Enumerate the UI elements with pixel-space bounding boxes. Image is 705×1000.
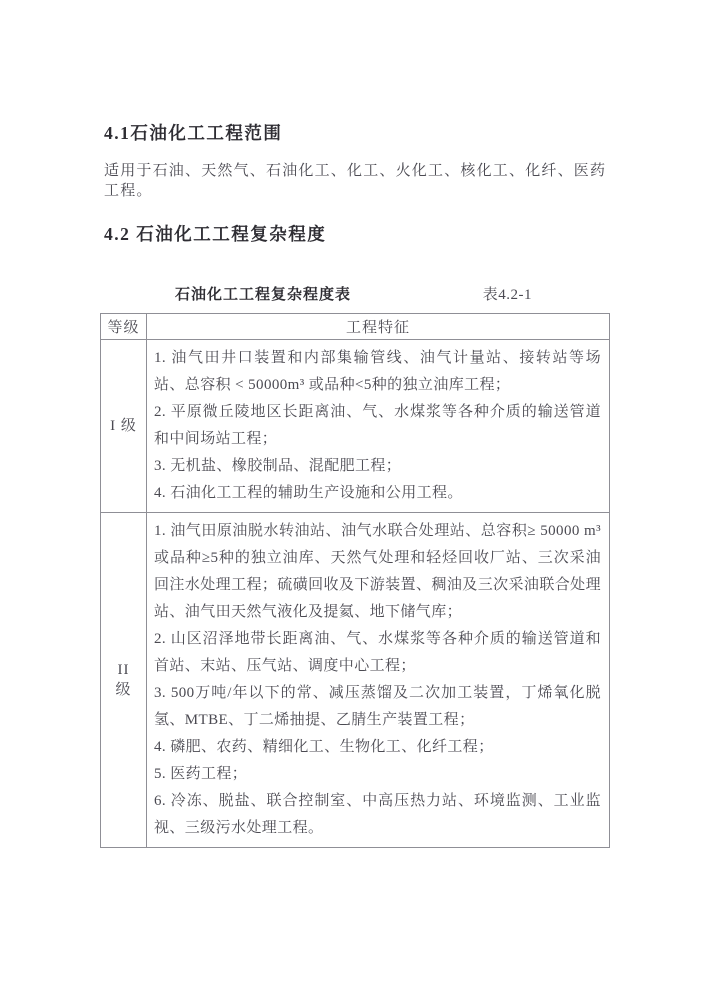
complexity-table: 等级 工程特征 I 级 1. 油气田井口装置和内部集输管线、油气计量站、接转站等…	[100, 313, 610, 848]
grade-label: II	[101, 660, 146, 680]
feature-cell-level-2: 1. 油气田原油脱水转油站、油气水联合处理站、总容积≥ 50000 m³ 或品种…	[147, 513, 610, 848]
feature-item: 4. 磷肥、农药、精细化工、生物化工、化纤工程；	[154, 734, 601, 761]
table-row-level-1: I 级 1. 油气田井口装置和内部集输管线、油气计量站、接转站等场站、总容积 <…	[101, 340, 610, 513]
feature-item: 2. 平原微丘陵地区长距离油、气、水煤浆等各种介质的输送管道和中间场站工程；	[154, 399, 601, 453]
grade-cell-level-1: I 级	[101, 340, 147, 513]
feature-item: 1. 油气田原油脱水转油站、油气水联合处理站、总容积≥ 50000 m³ 或品种…	[154, 518, 601, 626]
table-caption-ref: 表4.2-1	[483, 283, 532, 304]
grade-label: 级	[101, 680, 146, 700]
section-4-2-heading: 4.2 石油化工工程复杂程度	[104, 221, 610, 246]
feature-item: 3. 无机盐、橡胶制品、混配肥工程；	[154, 453, 601, 480]
document-page: 4.1石油化工工程范围 适用于石油、天然气、石油化工、化工、火化工、核化工、化纤…	[0, 0, 705, 1000]
grade-column-header: 等级	[101, 314, 147, 340]
table-caption: 石油化工工程复杂程度表	[175, 283, 351, 304]
grade-cell-level-2: II 级	[101, 513, 147, 848]
table-caption-row: 石油化工工程复杂程度表 表4.2-1	[100, 283, 610, 304]
section-4-1-heading: 4.1石油化工工程范围	[104, 120, 610, 145]
feature-cell-level-1: 1. 油气田井口装置和内部集输管线、油气计量站、接转站等场站、总容积 < 500…	[147, 340, 610, 513]
feature-item: 5. 医药工程；	[154, 761, 601, 788]
feature-item: 6. 冷冻、脱盐、联合控制室、中高压热力站、环境监测、工业监视、三级污水处理工程…	[154, 788, 601, 842]
feature-item: 2. 山区沼泽地带长距离油、气、水煤浆等各种介质的输送管道和首站、末站、压气站、…	[154, 626, 601, 680]
feature-column-header: 工程特征	[147, 314, 610, 340]
feature-item: 3. 500万吨/年以下的常、减压蒸馏及二次加工装置，丁烯氧化脱氢、MTBE、丁…	[154, 680, 601, 734]
section-4-1-paragraph: 适用于石油、天然气、石油化工、化工、火化工、核化工、化纤、医药工程。	[104, 161, 610, 201]
table-header-row: 等级 工程特征	[101, 314, 610, 340]
table-row-level-2: II 级 1. 油气田原油脱水转油站、油气水联合处理站、总容积≥ 50000 m…	[101, 513, 610, 848]
feature-item: 4. 石油化工工程的辅助生产设施和公用工程。	[154, 480, 601, 507]
grade-label: I 级	[101, 416, 146, 436]
feature-item: 1. 油气田井口装置和内部集输管线、油气计量站、接转站等场站、总容积 < 500…	[154, 345, 601, 399]
